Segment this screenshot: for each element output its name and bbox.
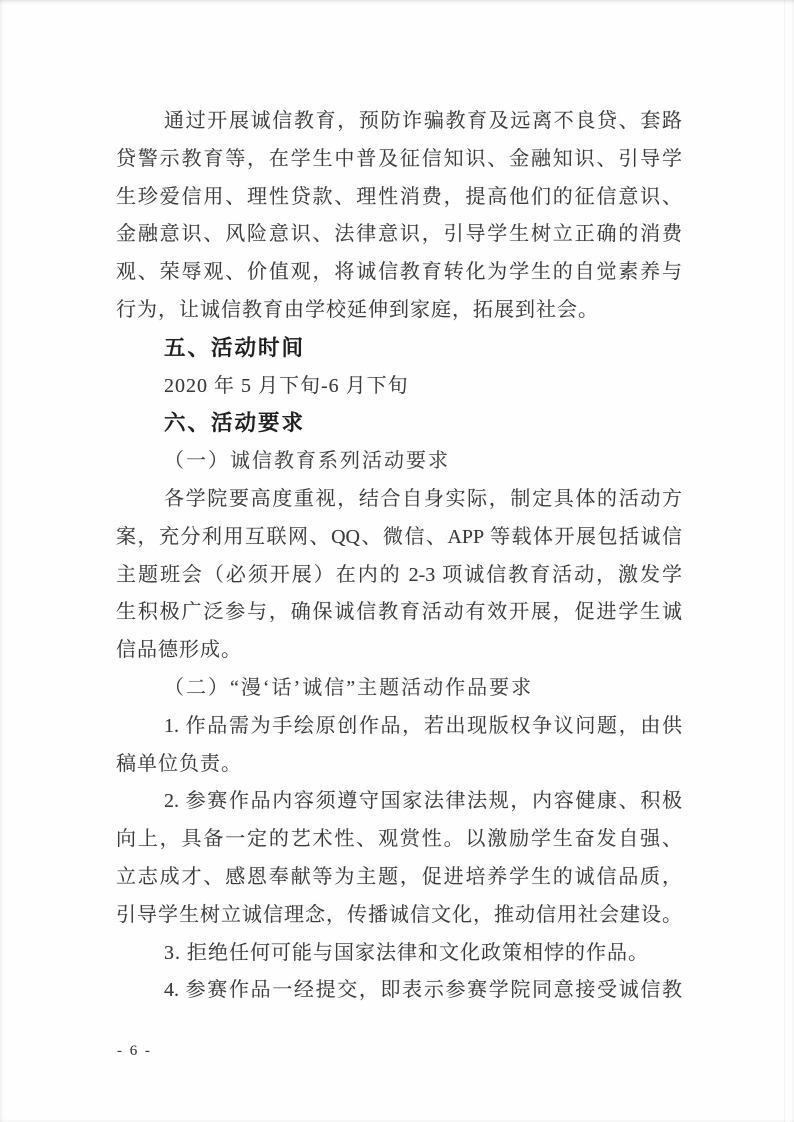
list-item-1-line-1: 1. 作品需为手绘原创作品，若出现版权争议问题，由供 [116, 708, 682, 746]
page-number: - 6 - [117, 1041, 152, 1061]
paragraph-2-line-4: 生积极广泛参与，确保诚信教育活动有效开展，促进学生诚 [116, 594, 682, 632]
paragraph-1-line-1: 通过开展诚信教育，预防诈骗教育及远离不良贷、套路 [116, 103, 682, 141]
section-heading-6: 六、活动要求 [116, 405, 682, 443]
date-line: 2020 年 5 月下旬-6 月下旬 [116, 368, 682, 406]
paragraph-1-line-5: 观、荣辱观、价值观，将诚信教育转化为学生的自觉素养与 [116, 254, 682, 292]
list-item-2-line-1: 2. 参赛作品内容须遵守国家法律法规，内容健康、积极 [116, 783, 682, 821]
list-item-3-line-1: 3. 拒绝任何可能与国家法律和文化政策相悖的作品。 [116, 935, 682, 973]
list-item-4-line-1: 4. 参赛作品一经提交，即表示参赛学院同意接受诚信教 [116, 972, 682, 1010]
paragraph-2-line-3: 主题班会（必须开展）在内的 2-3 项诚信教育活动，激发学 [116, 557, 682, 595]
paragraph-1-line-4: 金融意识、风险意识、法律意识，引导学生树立正确的消费 [116, 216, 682, 254]
paragraph-2-line-1: 各学院要高度重视，结合自身实际，制定具体的活动方 [116, 481, 682, 519]
scan-edge-line [784, 0, 785, 1122]
section-heading-5: 五、活动时间 [116, 330, 682, 368]
list-item-2-line-4: 引导学生树立诚信理念，传播诚信文化，推动信用社会建设。 [116, 897, 682, 935]
list-item-2-line-2: 向上，具备一定的艺术性、观赏性。以激励学生奋发自强、 [116, 821, 682, 859]
paragraph-1-line-6: 行为，让诚信教育由学校延伸到家庭，拓展到社会。 [116, 292, 682, 330]
paragraph-2-line-2: 案，充分利用互联网、QQ、微信、APP 等载体开展包括诚信 [116, 519, 682, 557]
list-item-2-line-3: 立志成才、感恩奉献等为主题，促进培养学生的诚信品质， [116, 859, 682, 897]
subsection-heading-2: （二）“漫‘话’诚信”主题活动作品要求 [116, 670, 682, 708]
paragraph-1-line-3: 生珍爱信用、理性贷款、理性消费，提高他们的征信意识、 [116, 179, 682, 217]
paragraph-1-line-2: 贷警示教育等，在学生中普及征信知识、金融知识、引导学 [116, 141, 682, 179]
subsection-heading-1: （一）诚信教育系列活动要求 [116, 443, 682, 481]
paragraph-2-line-5: 信品德形成。 [116, 632, 682, 670]
list-item-1-line-2: 稿单位负责。 [116, 746, 682, 784]
document-page: 通过开展诚信教育，预防诈骗教育及远离不良贷、套路 贷警示教育等，在学生中普及征信… [0, 0, 794, 1122]
text-block: 通过开展诚信教育，预防诈骗教育及远离不良贷、套路 贷警示教育等，在学生中普及征信… [116, 103, 682, 1010]
